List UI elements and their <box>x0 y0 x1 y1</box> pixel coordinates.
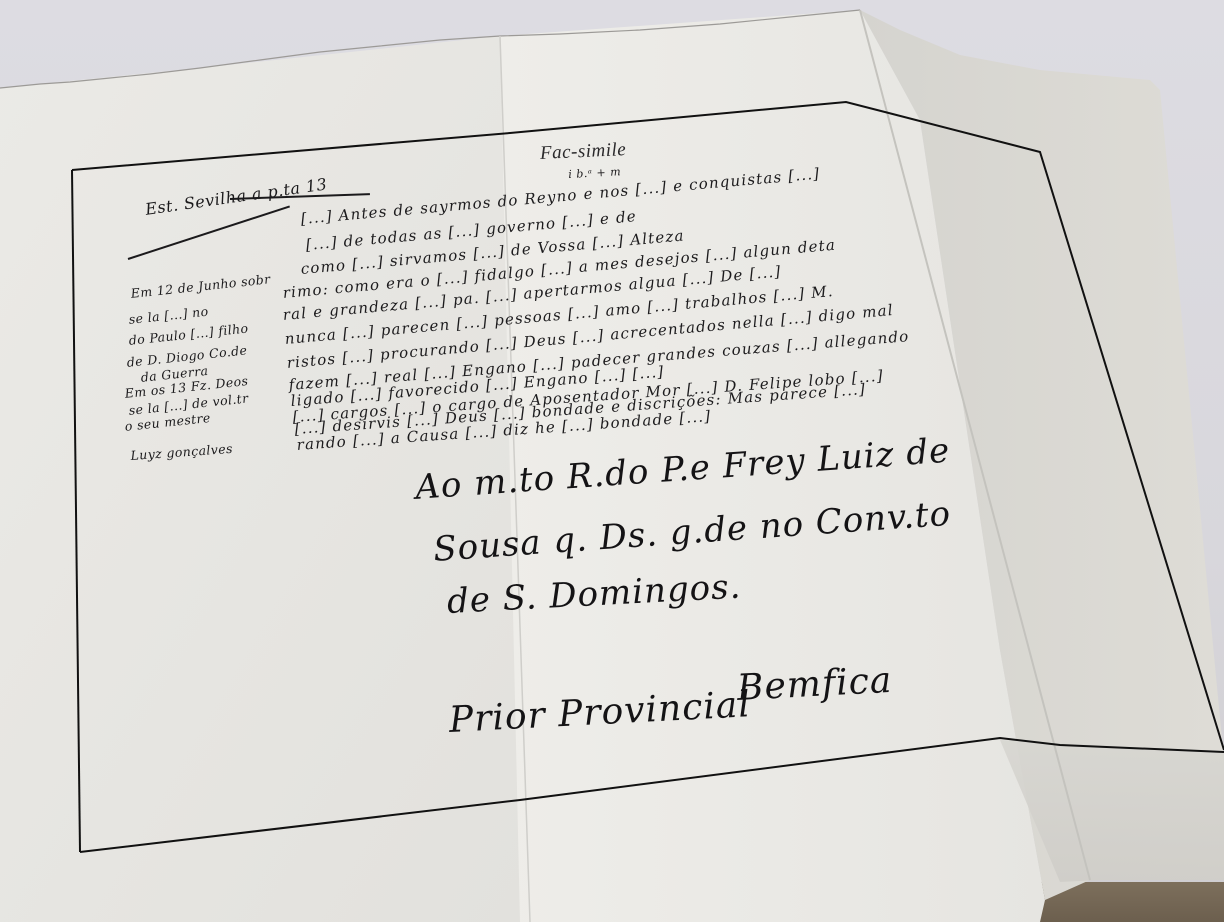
header-small-note: i b.ᵃ + m <box>568 165 621 181</box>
document-title: Fac-simile <box>540 139 627 165</box>
photo-stage: Fac-simile i b.ᵃ + m Est. Sevilha a p.ta… <box>0 0 1224 922</box>
signature-name: Bemfica <box>736 660 893 709</box>
